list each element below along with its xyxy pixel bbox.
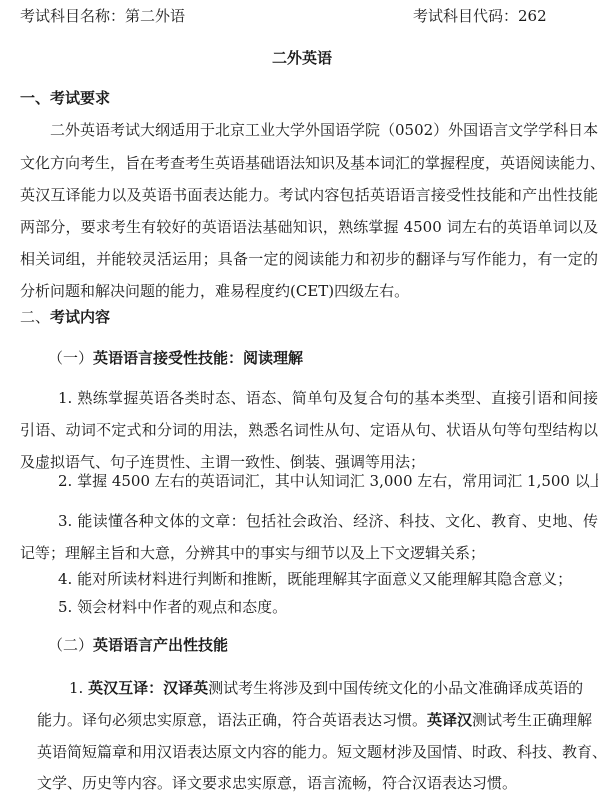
list-item-2: 2. 掌握 4500 左右的英语词汇，其中认知词汇 3,000 左右，常用词汇 … — [58, 471, 598, 491]
list-item-3-line: 3. 能读懂各种文体的文章：包括社会政治、经济、科技、文化、教育、史地、传 — [58, 511, 598, 531]
subsection-1-heading: （一）英语语言接受性技能：阅读理解 — [48, 348, 303, 368]
list-item-1-line: 引语、动词不定式和分词的用法，熟悉名词性从句、定语从句、状语从句等句型结构以 — [20, 420, 598, 440]
paragraph-line: 英汉互译能力以及英语书面表达能力。考试内容包括英语语言接受性技能和产出性技能 — [20, 185, 598, 205]
paragraph-line: 文化方向考生，旨在考查考生英语基础语法知识及基本词汇的掌握程度，英语阅读能力、 — [20, 153, 598, 173]
list-item-3-line: 记等；理解主旨和大意，分辨其中的事实与细节以及上下文逻辑关系； — [20, 543, 485, 563]
list-item-1-line: 1. 熟练掌握英语各类时态、语态、简单句及复合句的基本类型、直接引语和间接 — [58, 388, 598, 408]
paragraph-line: 两部分，要求考生有较好的英语语法基础知识，熟练掌握 4500 词左右的英语单词以… — [20, 217, 598, 237]
section-1-heading: 一、考试要求 — [20, 88, 110, 108]
item-line: 文学、历史等内容。译文要求忠实原意，语言流畅，符合汉语表达习惯。 — [37, 773, 517, 793]
item-line: 1. 英汉互译：汉译英测试考生将涉及到中国传统文化的小品文准确译成英语的 — [69, 678, 583, 698]
paragraph-line: 分析问题和解决问题的能力，难易程度约(CET)四级左右。 — [20, 281, 409, 301]
list-item-1-line: 及虚拟语气、句子连贯性、主谓一致性、倒装、强调等用法； — [20, 452, 425, 472]
page-title: 二外英语 — [0, 48, 604, 68]
paragraph-line: 相关词组，并能较灵活运用；具备一定的阅读能力和初步的翻译与写作能力，有一定的 — [20, 249, 598, 269]
item-line: 英语简短篇章和用汉语表达原文内容的能力。短文题材涉及国情、时政、科技、教育、 — [37, 742, 598, 762]
paragraph-line: 二外英语考试大纲适用于北京工业大学外国语学院（0502）外国语言文学学科日本 — [50, 120, 598, 140]
section-2-heading: 二、考试内容 — [20, 307, 110, 327]
subsection-2-heading: （二）英语语言产出性技能 — [48, 635, 228, 655]
item-line: 能力。译句必须忠实原意，语法正确，符合英语表达习惯。英译汉测试考生正确理解 — [37, 710, 592, 730]
list-item-4: 4. 能对所读材料进行判断和推断，既能理解其字面意义又能理解其隐含意义； — [58, 569, 572, 589]
subject-code: 考试科目代码：262 — [413, 6, 547, 26]
list-item-5: 5. 领会材料中作者的观点和态度。 — [58, 597, 287, 617]
subject-name: 考试科目名称：第二外语 — [20, 6, 185, 26]
